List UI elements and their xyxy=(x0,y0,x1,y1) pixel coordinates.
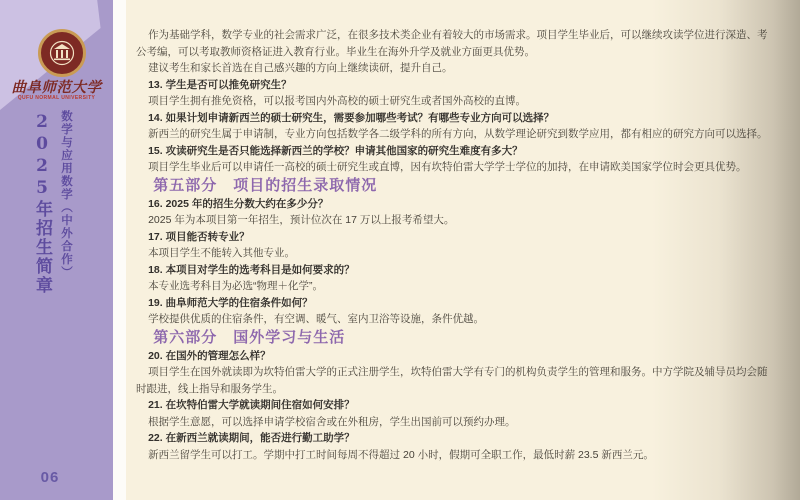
body-copy: 作为基础学科，数学专业的社会需求广泛，在很多技术类企业有着较大的市场需求。项目学… xyxy=(136,27,770,463)
question-text: 15. 攻读研究生是否只能选择新西兰的学校？申请其他国家的研究生难度有多大？ xyxy=(136,143,770,160)
answer-text: 2025 年为本项目第一年招生，预计位次在 17 万以上报考希望大。 xyxy=(136,212,770,229)
question-text: 19. 曲阜师范大学的住宿条件如何？ xyxy=(136,295,770,312)
answer-text: 项目学生拥有推免资格，可以报考国内外高校的硕士研究生或者国外高校的直博。 xyxy=(136,93,770,110)
question-text: 16. 2025 年的招生分数大约在多少分？ xyxy=(136,196,770,213)
seal-emblem-icon xyxy=(47,38,77,68)
question-text: 17. 项目能否转专业？ xyxy=(136,229,770,246)
university-seal-icon xyxy=(38,29,86,77)
question-text: 14. 如果计划申请新西兰的硕士研究生，需要参加哪些考试？有哪些专业方向可以选择… xyxy=(136,110,770,127)
question-text: 20. 在国外的管理怎么样？ xyxy=(136,348,770,365)
question-text: 21. 在坎特伯雷大学就读期间住宿如何安排？ xyxy=(136,397,770,414)
answer-text: 根据学生意愿，可以选择申请学校宿舍或在外租房，学生出国前可以预约办理。 xyxy=(136,414,770,431)
section-title-part6: 第六部分 国外学习与生活 xyxy=(136,328,770,348)
answer-text: 新西兰的研究生属于申请制，专业方向包括数学各二级学科的所有方向，从数学理论研究到… xyxy=(136,126,770,143)
page-number: 06 xyxy=(0,469,100,486)
question-text: 22. 在新西兰就读期间，能否进行勤工助学？ xyxy=(136,430,770,447)
answer-text: 本项目学生不能转入其他专业。 xyxy=(136,245,770,262)
section-title-part5: 第五部分 项目的招生录取情况 xyxy=(136,176,770,196)
question-text: 13. 学生是否可以推免研究生？ xyxy=(136,77,770,94)
university-name-en: QUFU NORMAL UNIVERSITY xyxy=(0,95,113,101)
brochure-title-vertical: 2025年招生简章 xyxy=(30,112,55,295)
program-name-vertical: 数学与应用数学（中外合作） xyxy=(59,110,75,279)
intro-paragraph: 建议考生和家长首选在自己感兴趣的方向上继续读研，提升自己。 xyxy=(136,60,770,77)
question-text: 18. 本项目对学生的选考科目是如何要求的？ xyxy=(136,262,770,279)
answer-text: 新西兰留学生可以打工。学期中打工时间每周不得超过 20 小时，假期可全职工作，最… xyxy=(136,447,770,464)
answer-text: 项目学生毕业后可以申请任一高校的硕士研究生或直博，因有坎特伯雷大学学士学位的加持… xyxy=(136,159,770,176)
content-page: 作为基础学科，数学专业的社会需求广泛，在很多技术类企业有着较大的市场需求。项目学… xyxy=(126,0,800,500)
sidebar: 曲阜师范大学 QUFU NORMAL UNIVERSITY 2025年招生简章 … xyxy=(0,0,113,500)
answer-text: 学校提供优质的住宿条件，有空调、暖气、室内卫浴等设施，条件优越。 xyxy=(136,311,770,328)
answer-text: 本专业选考科目为必选“物理＋化学”。 xyxy=(136,278,770,295)
answer-text: 项目学生在国外就读即为坎特伯雷大学的正式注册学生，坎特伯雷大学有专门的机构负责学… xyxy=(136,364,770,397)
intro-paragraph: 作为基础学科，数学专业的社会需求广泛，在很多技术类企业有着较大的市场需求。项目学… xyxy=(136,27,770,60)
university-name-cn: 曲阜师范大学 xyxy=(0,76,113,97)
